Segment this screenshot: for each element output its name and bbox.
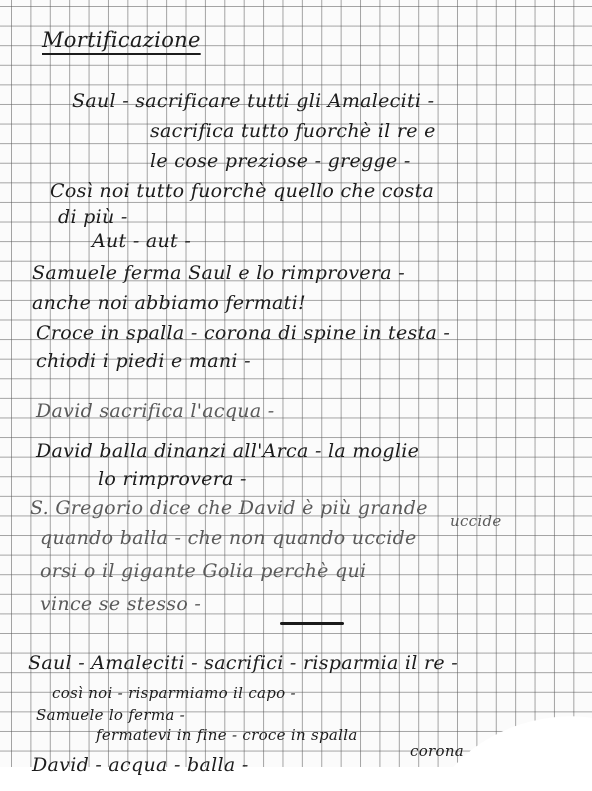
handwritten-line: le cose preziose - gregge -: [150, 150, 411, 172]
handwritten-line: Samuele ferma Saul e lo rimprovera -: [32, 262, 405, 284]
handwritten-line: così noi - risparmiamo il capo -: [52, 684, 296, 702]
handwritten-line: vince se stesso -: [40, 593, 201, 615]
handwritten-line: Croce in spalla - corona di spine in tes…: [36, 322, 450, 344]
handwritten-line: orsi o il gigante Golia perchè qui: [40, 560, 366, 582]
handwritten-line: David - acqua - balla -: [32, 754, 249, 776]
handwritten-line: Aut - aut -: [92, 230, 191, 252]
page-title: Mortificazione: [42, 28, 201, 52]
handwritten-line: anche noi abbiamo fermati!: [32, 292, 306, 314]
handwritten-line: Saul - sacrificare tutti gli Amaleciti -: [72, 90, 434, 112]
handwritten-line: sacrifica tutto fuorchè il re e: [150, 120, 436, 142]
handwritten-line: fermatevi in fine - croce in spalla: [96, 726, 358, 744]
handwritten-line: lo rimprovera -: [98, 468, 247, 490]
handwritten-line: di più -: [58, 206, 128, 228]
handwritten-line: quando balla - che non quando uccide: [40, 527, 417, 549]
handwritten-line: corona: [410, 742, 464, 760]
notebook-page: Mortificazione Saul - sacrificare tutti …: [0, 0, 592, 791]
handwritten-line: David sacrifica l'acqua -: [36, 400, 275, 422]
correction-note: uccide: [450, 512, 502, 530]
section-divider: [280, 622, 344, 625]
handwritten-line: Così noi tutto fuorchè quello che costa: [50, 180, 434, 202]
handwritten-line: David balla dinanzi all'Arca - la moglie: [36, 440, 419, 462]
handwritten-line: Saul - Amaleciti - sacrifici - risparmia…: [28, 652, 458, 674]
handwritten-line: Samuele lo ferma -: [36, 706, 185, 724]
handwritten-line: chiodi i piedi e mani -: [36, 350, 251, 372]
handwritten-line: S. Gregorio dice che David è più grande: [30, 497, 428, 519]
